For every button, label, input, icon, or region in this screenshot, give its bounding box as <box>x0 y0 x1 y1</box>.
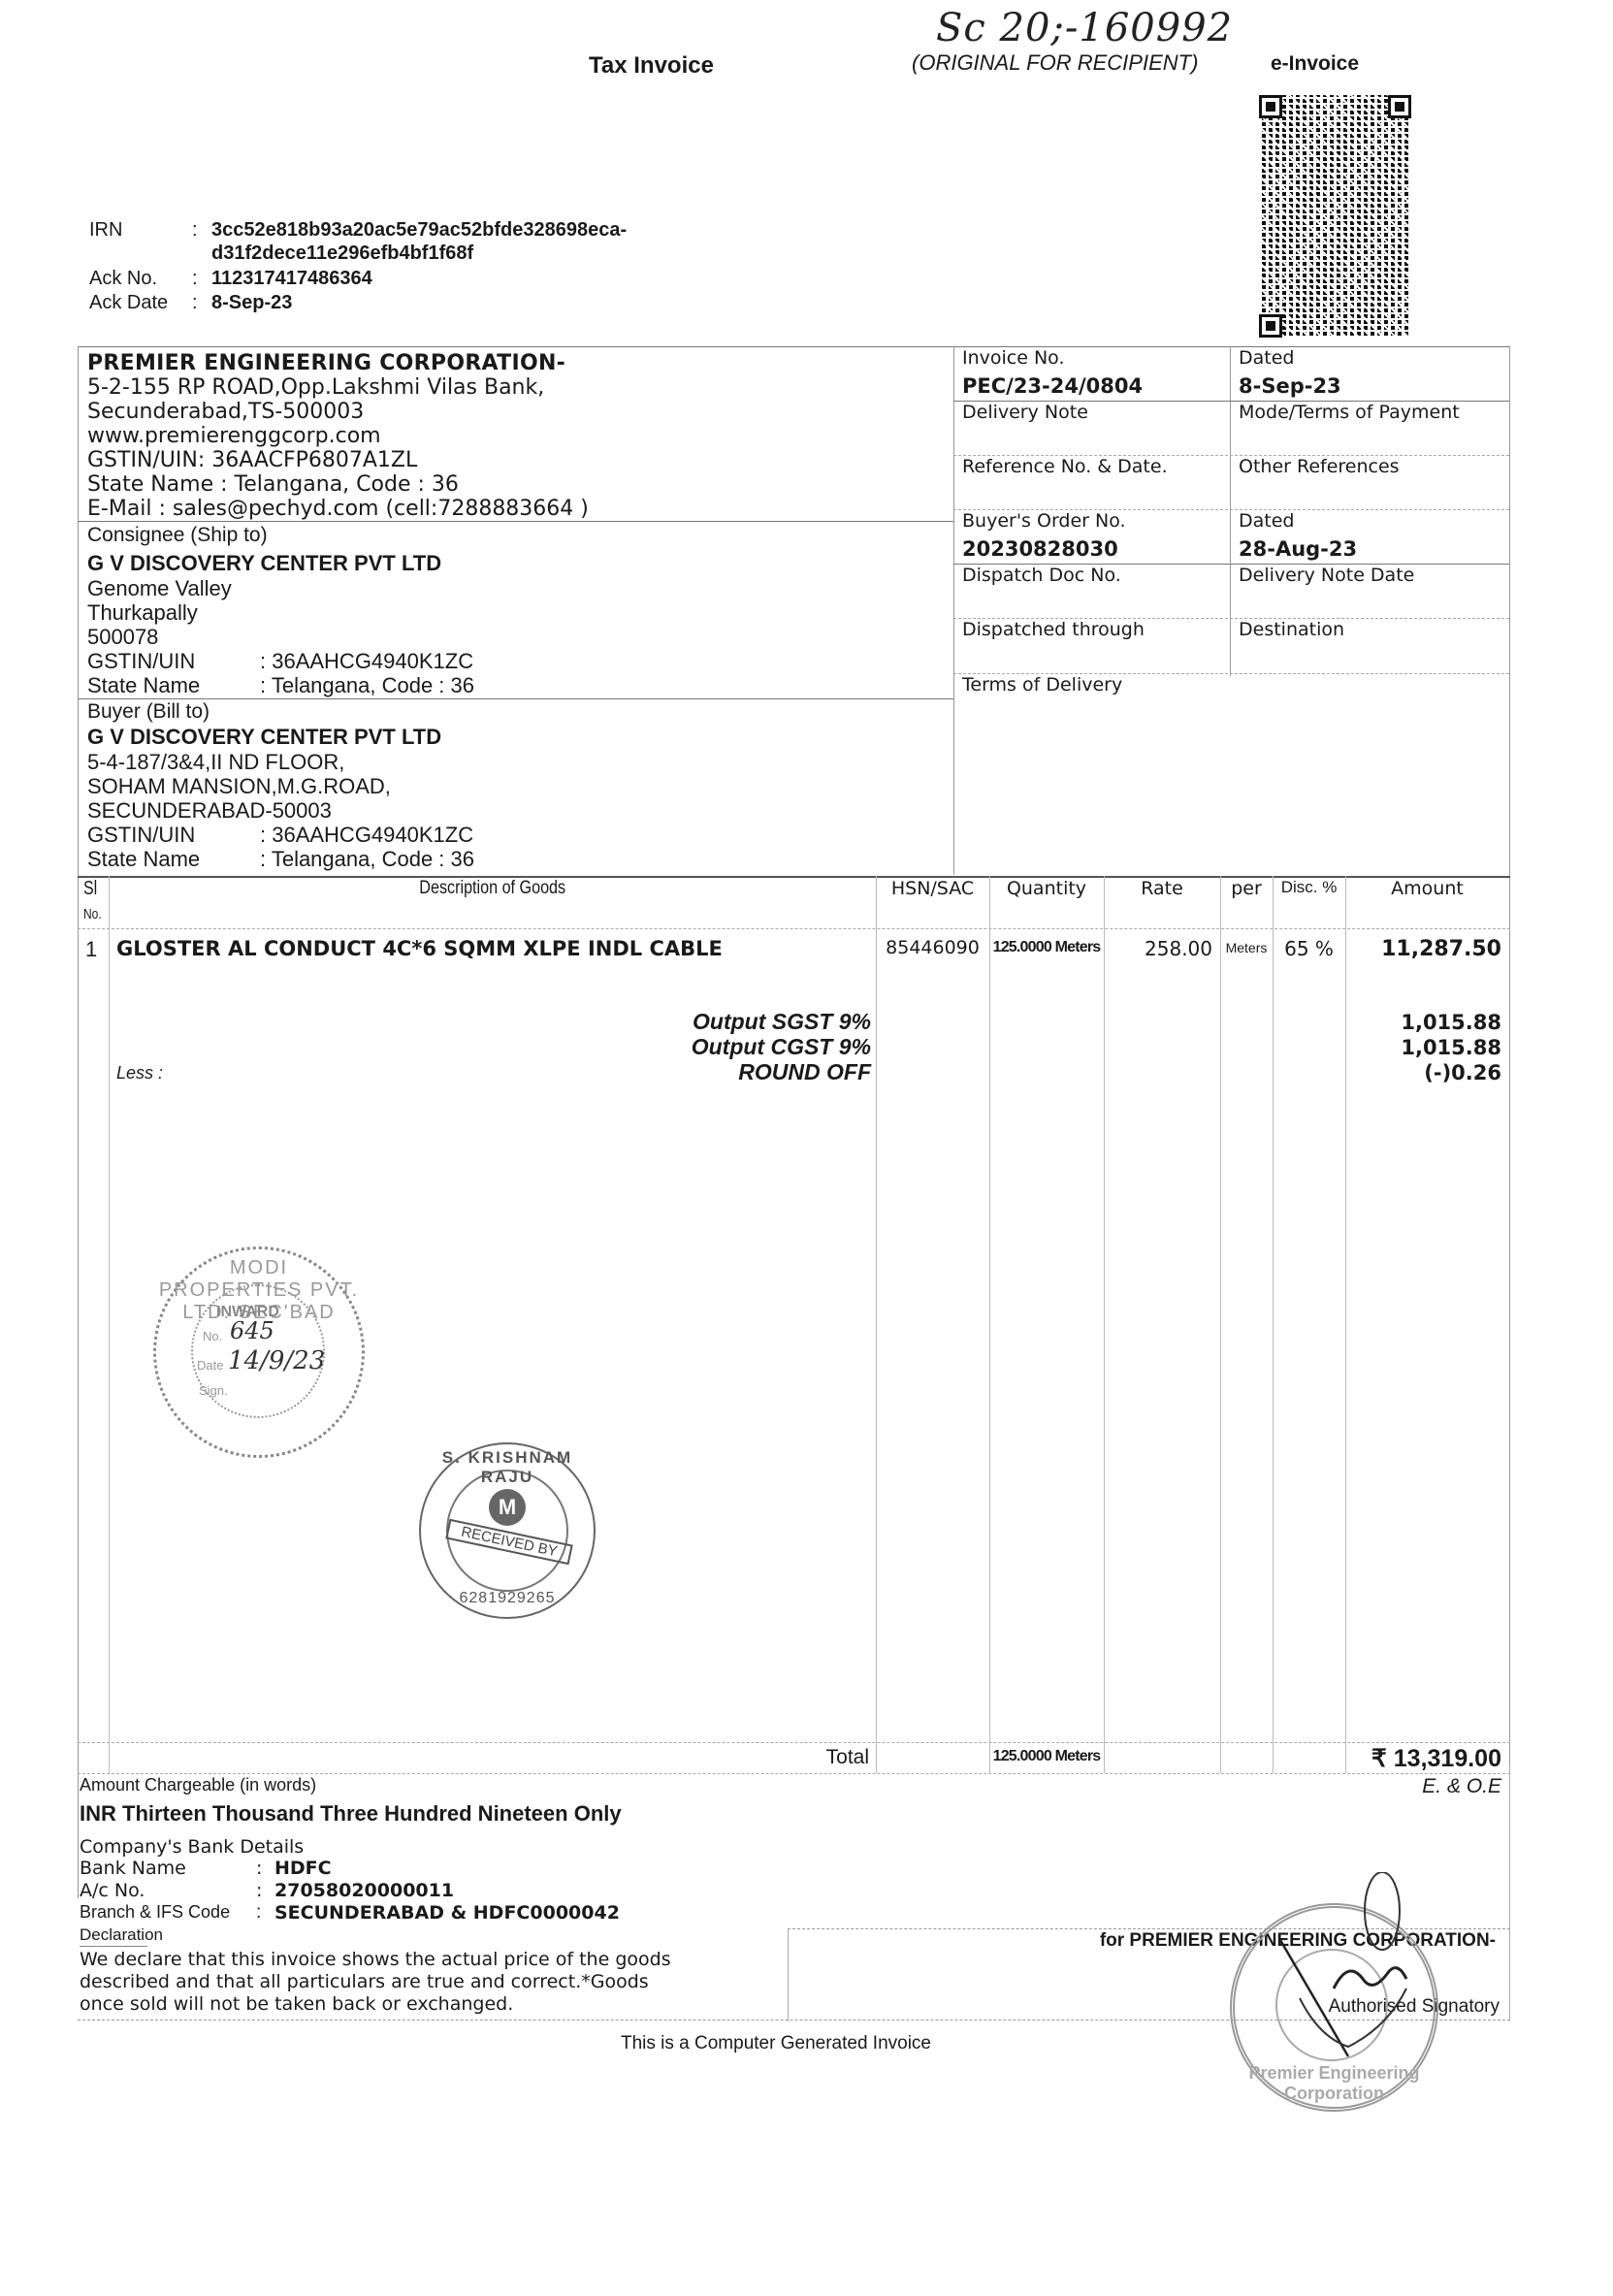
branch-label: Branch & IFS Code <box>80 1902 230 1923</box>
seller-address-line: Secunderabad,TS-500003 <box>87 400 364 424</box>
buyer-gstin-label: GSTIN/UIN <box>87 823 195 848</box>
dispatched-through-label: Dispatched through <box>962 619 1145 640</box>
total-amount: ₹ 13,319.00 <box>1345 1744 1501 1773</box>
roundoff-amount: (-)0.26 <box>1345 1061 1501 1084</box>
account-label: A/c No. <box>80 1880 145 1901</box>
irn-value-line2: d31f2dece11e296efb4bf1f68f <box>211 243 473 265</box>
consignee-address-line: Thurkapally <box>87 600 198 626</box>
item-rate: 258.00 <box>1104 937 1212 960</box>
account-sep: : <box>256 1880 262 1901</box>
meta-mid-line <box>1230 346 1231 676</box>
col-header-rate: Rate <box>1104 878 1220 899</box>
seller-email[interactable]: E-Mail : sales@pechyd.com (cell:72888836… <box>87 497 589 521</box>
destination-label: Destination <box>1239 619 1344 640</box>
item-per: Meters <box>1220 940 1273 955</box>
delivery-note-label: Delivery Note <box>962 402 1088 423</box>
item-sl: 1 <box>85 937 97 962</box>
terms-of-delivery-label: Terms of Delivery <box>962 674 1122 695</box>
buyer-address-line: SECUNDERABAD-50003 <box>87 798 332 824</box>
consignee-name: G V DISCOVERY CENTER PVT LTD <box>87 551 441 576</box>
item-hsn: 85446090 <box>876 937 989 958</box>
bank-name-sep: : <box>256 1858 262 1879</box>
item-description: GLOSTER AL CONDUCT 4C*6 SQMM XLPE INDL C… <box>116 937 723 960</box>
consignee-gstin-label: GSTIN/UIN <box>87 649 195 674</box>
buyer-section-label: Buyer (Bill to) <box>87 700 210 724</box>
tax-label-sgst: Output SGST 9% <box>485 1009 871 1035</box>
invoice-date: 8-Sep-23 <box>1239 374 1341 398</box>
order-date: 28-Aug-23 <box>1239 537 1357 561</box>
copy-label: (ORIGINAL FOR RECIPIENT) <box>912 50 1198 76</box>
ack-no-sep: : <box>192 268 198 290</box>
consignee-state: : Telangana, Code : 36 <box>260 673 474 698</box>
buyers-order-label: Buyer's Order No. <box>962 510 1126 532</box>
inward-no-label: No. <box>203 1329 222 1343</box>
inward-stamp: MODI PROPERTIES PVT. LTD. SEC'BAD INWARD… <box>153 1246 365 1458</box>
inward-sign-label: Sign. <box>199 1383 228 1398</box>
reference-label: Reference No. & Date. <box>962 456 1168 477</box>
order-dated-label: Dated <box>1239 510 1294 532</box>
declaration-line: once sold will not be taken back or exch… <box>80 1993 513 2015</box>
item-quantity: 125.0000 Meters <box>989 939 1104 956</box>
dispatch-doc-label: Dispatch Doc No. <box>962 565 1121 586</box>
received-stamp-phone: 6281929265 <box>421 1590 594 1607</box>
other-references-label: Other References <box>1239 456 1400 477</box>
document-title: Tax Invoice <box>589 52 714 80</box>
irn-value-line1: 3cc52e818b93a20ac5e79ac52bfde328698eca- <box>211 219 627 242</box>
signature-icon <box>1242 1872 1436 2066</box>
col-header-quantity: Quantity <box>989 878 1104 899</box>
roundoff-label: ROUND OFF <box>485 1059 871 1085</box>
amount-in-words: INR Thirteen Thousand Three Hundred Nine… <box>80 1801 622 1827</box>
seller-address-line: 5-2-155 RP ROAD,Opp.Lakshmi Vilas Bank, <box>87 375 544 400</box>
computer-generated-note: This is a Computer Generated Invoice <box>485 2033 1067 2054</box>
ack-date-sep: : <box>192 292 198 314</box>
seller-state: State Name : Telangana, Code : 36 <box>87 472 459 497</box>
tax-label-cgst: Output CGST 9% <box>485 1034 871 1060</box>
received-by-stamp: S. KRISHNAM RAJU M RECEIVED BY 628192926… <box>419 1442 596 1619</box>
col-header-hsn: HSN/SAC <box>876 878 989 899</box>
total-quantity: 125.0000 Meters <box>989 1748 1104 1765</box>
frame-left-line <box>78 346 79 1898</box>
irn-label: IRN <box>89 219 122 242</box>
col-header-per: per <box>1220 878 1273 899</box>
seller-website[interactable]: www.premierenggcorp.com <box>87 424 381 448</box>
dated-label: Dated <box>1239 347 1294 369</box>
frame-right-line <box>1509 346 1510 1782</box>
declaration-label: Declaration <box>80 1925 163 1945</box>
buyer-address-line: SOHAM MANSION,M.G.ROAD, <box>87 774 391 799</box>
item-discount: 65 % <box>1273 937 1345 960</box>
col-header-sl: Sl <box>83 878 97 900</box>
account-no: 27058020000011 <box>274 1880 454 1901</box>
ack-date-label: Ack Date <box>89 292 168 314</box>
invoice-no: PEC/23-24/0804 <box>962 374 1143 398</box>
qr-code-icon <box>1259 95 1411 338</box>
delivery-note-date-label: Delivery Note Date <box>1239 565 1414 586</box>
tax-amount-sgst: 1,015.88 <box>1345 1011 1501 1034</box>
eoe-label: E. & O.E <box>1377 1775 1501 1798</box>
buyer-state-label: State Name <box>87 847 200 872</box>
col-header-discount: Disc. % <box>1273 878 1345 897</box>
frame-top-line <box>78 346 1510 347</box>
bank-name: HDFC <box>274 1858 332 1879</box>
inward-date-value: 14/9/23 <box>228 1346 325 1375</box>
consignee-state-label: State Name <box>87 673 200 698</box>
amount-words-label: Amount Chargeable (in words) <box>80 1775 316 1795</box>
item-amount: 11,287.50 <box>1345 937 1501 961</box>
meta-left-line <box>953 346 954 875</box>
consignee-address-line: 500078 <box>87 625 158 650</box>
bank-heading: Company's Bank Details <box>80 1836 304 1858</box>
bank-name-label: Bank Name <box>80 1858 186 1879</box>
einvoice-label: e-Invoice <box>1271 52 1359 76</box>
company-seal-text: Premier Engineering Corporation <box>1235 2063 1434 2104</box>
buyer-name: G V DISCOVERY CENTER PVT LTD <box>87 725 441 750</box>
ack-no-value: 112317417486364 <box>211 268 372 290</box>
received-stamp-name: S. KRISHNAM RAJU <box>421 1448 594 1487</box>
declaration-line: We declare that this invoice shows the a… <box>80 1949 671 1970</box>
inward-date-label: Date <box>197 1358 223 1373</box>
ack-date-value: 8-Sep-23 <box>211 292 292 314</box>
branch-sep: : <box>256 1902 261 1924</box>
col-header-description: Description of Goods <box>109 878 876 899</box>
payment-terms-label: Mode/Terms of Payment <box>1239 402 1460 423</box>
declaration-line: described and that all particulars are t… <box>80 1971 649 1992</box>
total-label: Total <box>679 1746 869 1769</box>
consignee-section-label: Consignee (Ship to) <box>87 524 268 547</box>
irn-sep: : <box>192 219 198 242</box>
less-label: Less : <box>116 1063 163 1083</box>
buyer-address-line: 5-4-187/3&4,II ND FLOOR, <box>87 750 344 775</box>
tax-amount-cgst: 1,015.88 <box>1345 1036 1501 1059</box>
invoice-no-label: Invoice No. <box>962 347 1065 369</box>
consignee-address-line: Genome Valley <box>87 576 232 601</box>
inward-no-value: 645 <box>230 1317 274 1344</box>
seller-gstin: GSTIN/UIN: 36AACFP6807A1ZL <box>87 448 417 472</box>
branch-ifs: SECUNDERABAD & HDFC0000042 <box>274 1902 620 1924</box>
col-header-amount: Amount <box>1345 878 1509 899</box>
seller-name: PREMIER ENGINEERING CORPORATION- <box>87 351 565 375</box>
consignee-gstin: : 36AAHCG4940K1ZC <box>260 649 473 674</box>
buyers-order-no: 20230828030 <box>962 537 1118 561</box>
buyer-gstin: : 36AAHCG4940K1ZC <box>260 823 473 848</box>
handwritten-note: Sc 20;-160992 <box>936 6 1233 50</box>
col-header-no: No. <box>83 906 102 922</box>
ack-no-label: Ack No. <box>89 268 157 290</box>
buyer-state: : Telangana, Code : 36 <box>260 847 474 872</box>
m-logo-icon: M <box>489 1489 526 1526</box>
